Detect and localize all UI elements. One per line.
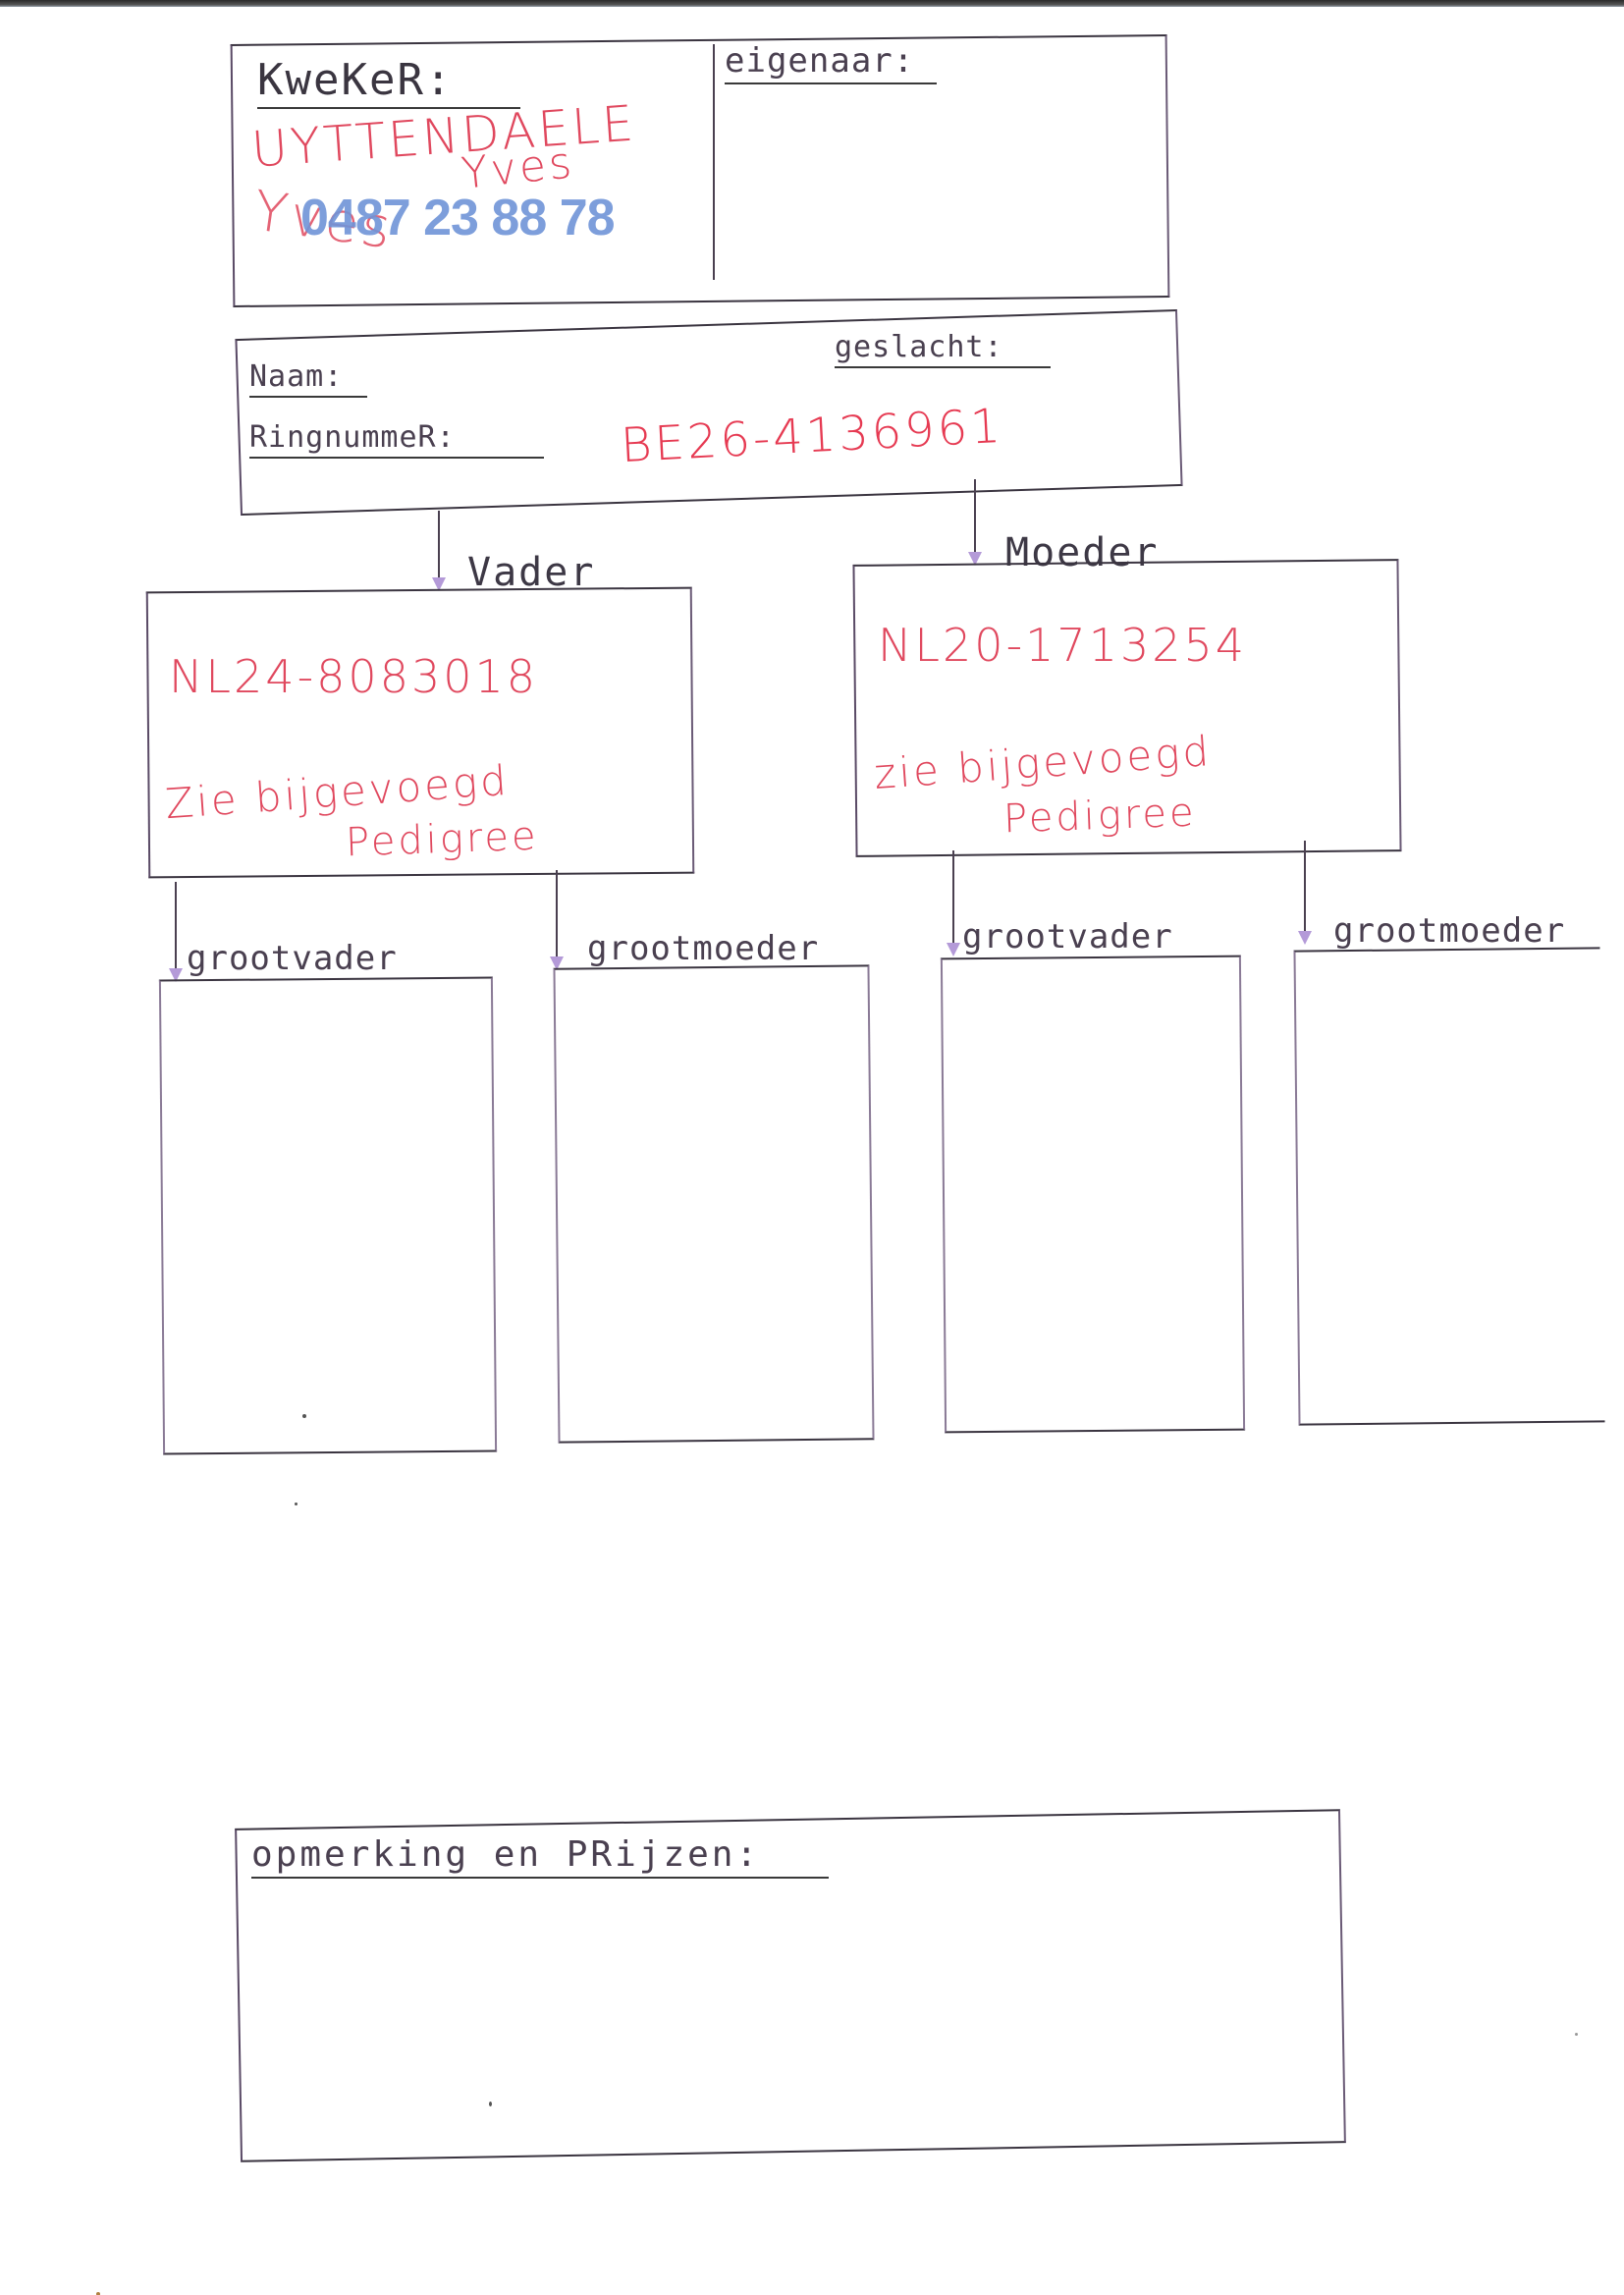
- owner-label: eigenaar:: [725, 41, 937, 84]
- grandparent-label-3: grootvader: [962, 917, 1173, 956]
- scan-speck: [1575, 2033, 1578, 2036]
- remarks-label: opmerking en PRijzen:: [251, 1834, 829, 1879]
- sex-label: geslacht:: [835, 330, 1051, 368]
- grandparent-value-4[interactable]: [1312, 964, 1587, 1396]
- scan-speck: [295, 1503, 298, 1505]
- father-note-line2: Pedigree: [345, 814, 539, 866]
- scan-speck: [302, 1414, 306, 1418]
- grandparent-value-1[interactable]: [177, 992, 471, 1424]
- mother-ring[interactable]: NL20-1713254: [878, 619, 1247, 672]
- grandparent-value-2[interactable]: [569, 982, 854, 1414]
- name-value[interactable]: [393, 359, 805, 395]
- sex-value[interactable]: [1060, 330, 1159, 365]
- breeder-owner-divider: [713, 44, 715, 280]
- connector-gp2: [556, 870, 558, 960]
- breeder-label: KweKeR:: [257, 55, 520, 109]
- arrow-down-icon: [1298, 931, 1312, 945]
- owner-value[interactable]: [727, 118, 1139, 265]
- mother-note-line2: Pedigree: [1002, 791, 1197, 843]
- connector-mother: [974, 479, 976, 562]
- scan-speck: [489, 2102, 492, 2106]
- grandparent-label-1: grootvader: [187, 939, 398, 978]
- connector-gp4: [1304, 841, 1306, 937]
- breeder-phone-stamp: 0487 23 88 78: [300, 189, 615, 247]
- grandparent-value-3[interactable]: [958, 972, 1223, 1404]
- arrow-down-icon: [947, 943, 960, 956]
- name-label: Naam:: [249, 359, 367, 398]
- father-ring[interactable]: NL24-8083018: [169, 650, 538, 703]
- connector-gp3: [952, 850, 954, 949]
- connector-gp1: [175, 882, 177, 972]
- ring-label: RingnummeR:: [249, 420, 544, 459]
- grandparent-label-4: grootmoeder: [1333, 911, 1565, 951]
- remarks-value[interactable]: [255, 1905, 1326, 2121]
- connector-father: [438, 511, 440, 581]
- grandparent-label-2: grootmoeder: [587, 929, 819, 968]
- scan-edge: [0, 0, 1624, 7]
